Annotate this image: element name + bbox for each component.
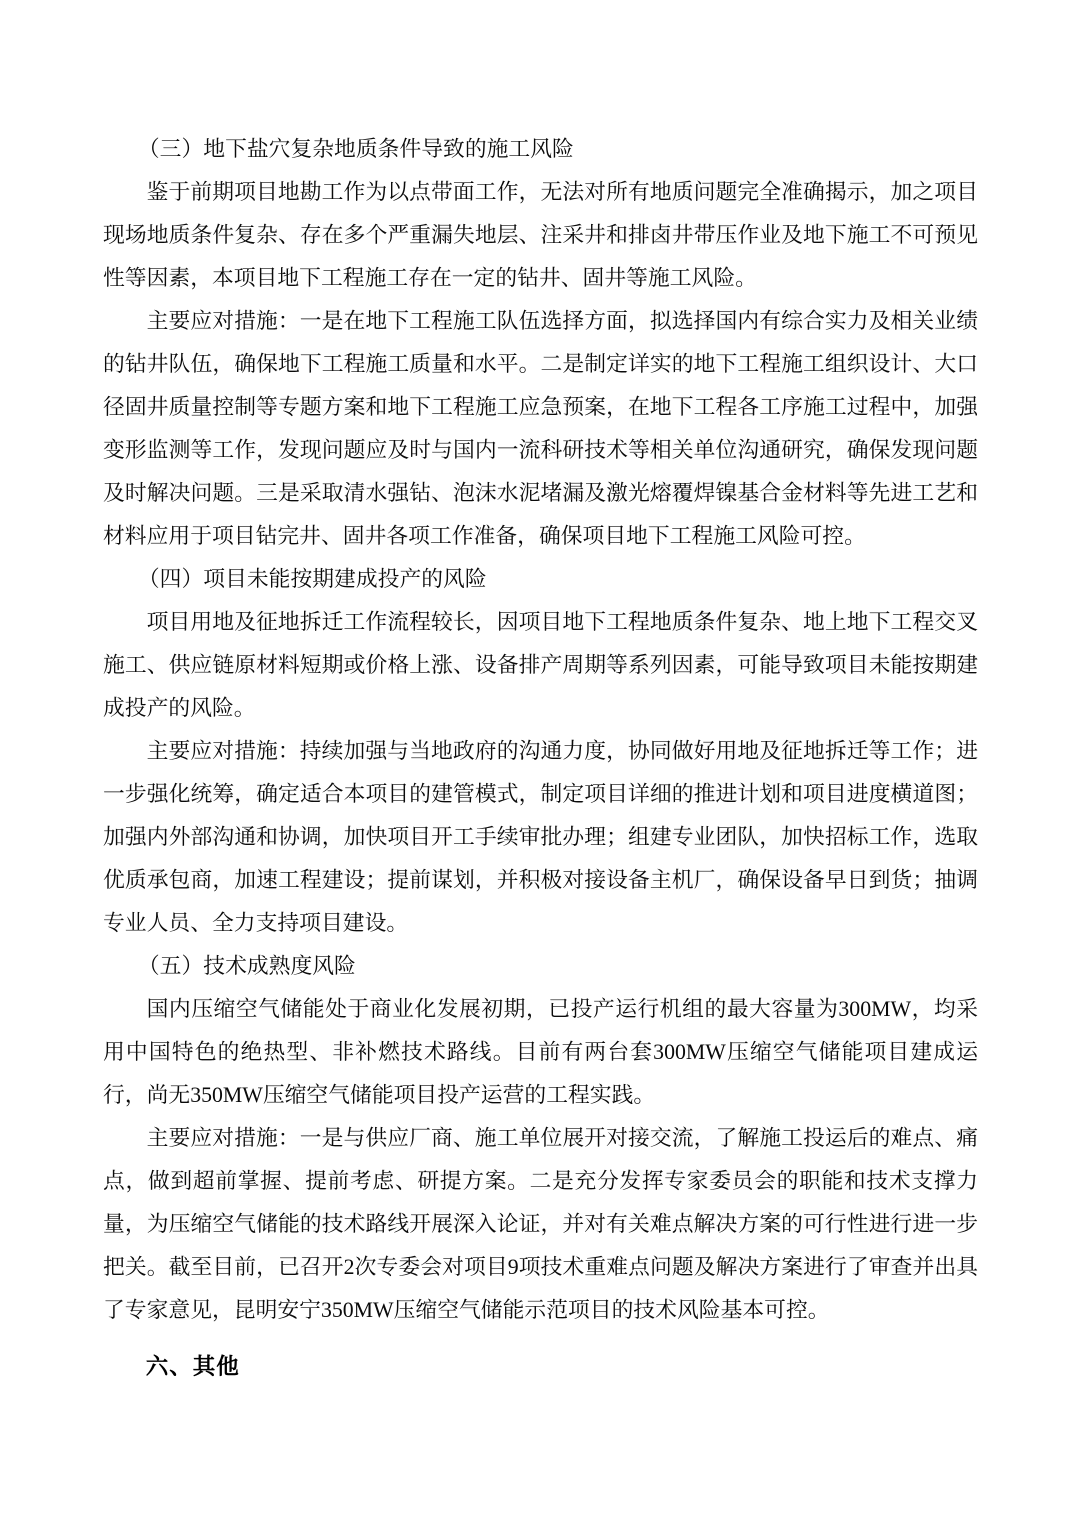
paragraph-risk-5-description: 国内压缩空气储能处于商业化发展初期，已投产运行机组的最大容量为300MW，均采用… <box>103 988 978 1117</box>
document-page: （三）地下盐穴复杂地质条件导致的施工风险 鉴于前期项目地勘工作为以点带面工作，无… <box>0 0 1080 1528</box>
document-body: （三）地下盐穴复杂地质条件导致的施工风险 鉴于前期项目地勘工作为以点带面工作，无… <box>103 128 978 1388</box>
paragraph-risk-4-countermeasures: 主要应对措施：持续加强与当地政府的沟通力度，协同做好用地及征地拆迁等工作；进一步… <box>103 730 978 945</box>
section-heading-5-technology-maturity-risk: （五）技术成熟度风险 <box>103 945 978 988</box>
paragraph-risk-4-description: 项目用地及征地拆迁工作流程较长，因项目地下工程地质条件复杂、地上地下工程交叉施工… <box>103 601 978 730</box>
paragraph-risk-3-description: 鉴于前期项目地勘工作为以点带面工作，无法对所有地质问题完全准确揭示，加之项目现场… <box>103 171 978 300</box>
chapter-heading-6-other: 六、其他 <box>103 1345 978 1388</box>
section-heading-3-underground-salt-cavern-risk: （三）地下盐穴复杂地质条件导致的施工风险 <box>103 128 978 171</box>
paragraph-risk-3-countermeasures: 主要应对措施：一是在地下工程施工队伍选择方面，拟选择国内有综合实力及相关业绩的钻… <box>103 300 978 558</box>
paragraph-risk-5-countermeasures: 主要应对措施：一是与供应厂商、施工单位展开对接交流，了解施工投运后的难点、痛点，… <box>103 1117 978 1332</box>
section-heading-4-delayed-completion-risk: （四）项目未能按期建成投产的风险 <box>103 558 978 601</box>
